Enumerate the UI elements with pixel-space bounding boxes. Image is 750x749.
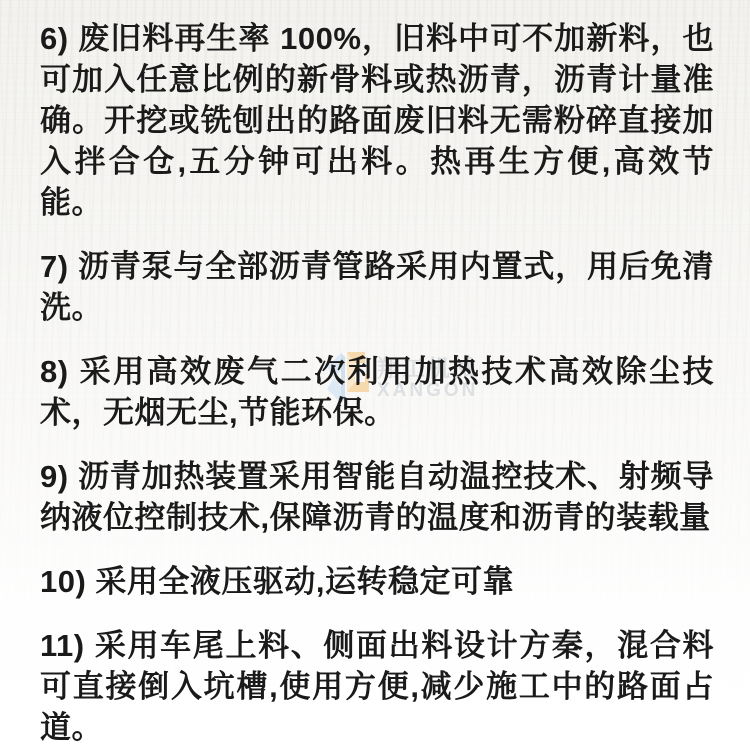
feature-item-6: 6) 废旧料再生率 100%，旧料中可不加新料，也可加入任意比例的新骨料或热沥青… [40, 18, 714, 223]
document-page: 翔工机械 XANGON 6) 废旧料再生率 100%，旧料中可不加新料，也可加入… [0, 0, 750, 749]
feature-item-10: 10) 采用全液压驱动,运转稳定可靠 [40, 561, 714, 602]
feature-item-9: 9) 沥青加热装置采用智能自动温控技术、射频导纳液位控制技术,保障沥青的温度和沥… [40, 456, 714, 538]
feature-list: 6) 废旧料再生率 100%，旧料中可不加新料，也可加入任意比例的新骨料或热沥青… [0, 0, 750, 748]
feature-item-11: 11) 采用车尾上料、侧面出料设计方秦，混合料可直接倒入坑槽,使用方便,减少施工… [40, 625, 714, 748]
feature-item-7: 7) 沥青泵与全部沥青管路采用内置式，用后免清洗。 [40, 246, 714, 328]
feature-item-8: 8) 采用高效废气二次利用加热技术高效除尘技术，无烟无尘,节能环保。 [40, 351, 714, 433]
